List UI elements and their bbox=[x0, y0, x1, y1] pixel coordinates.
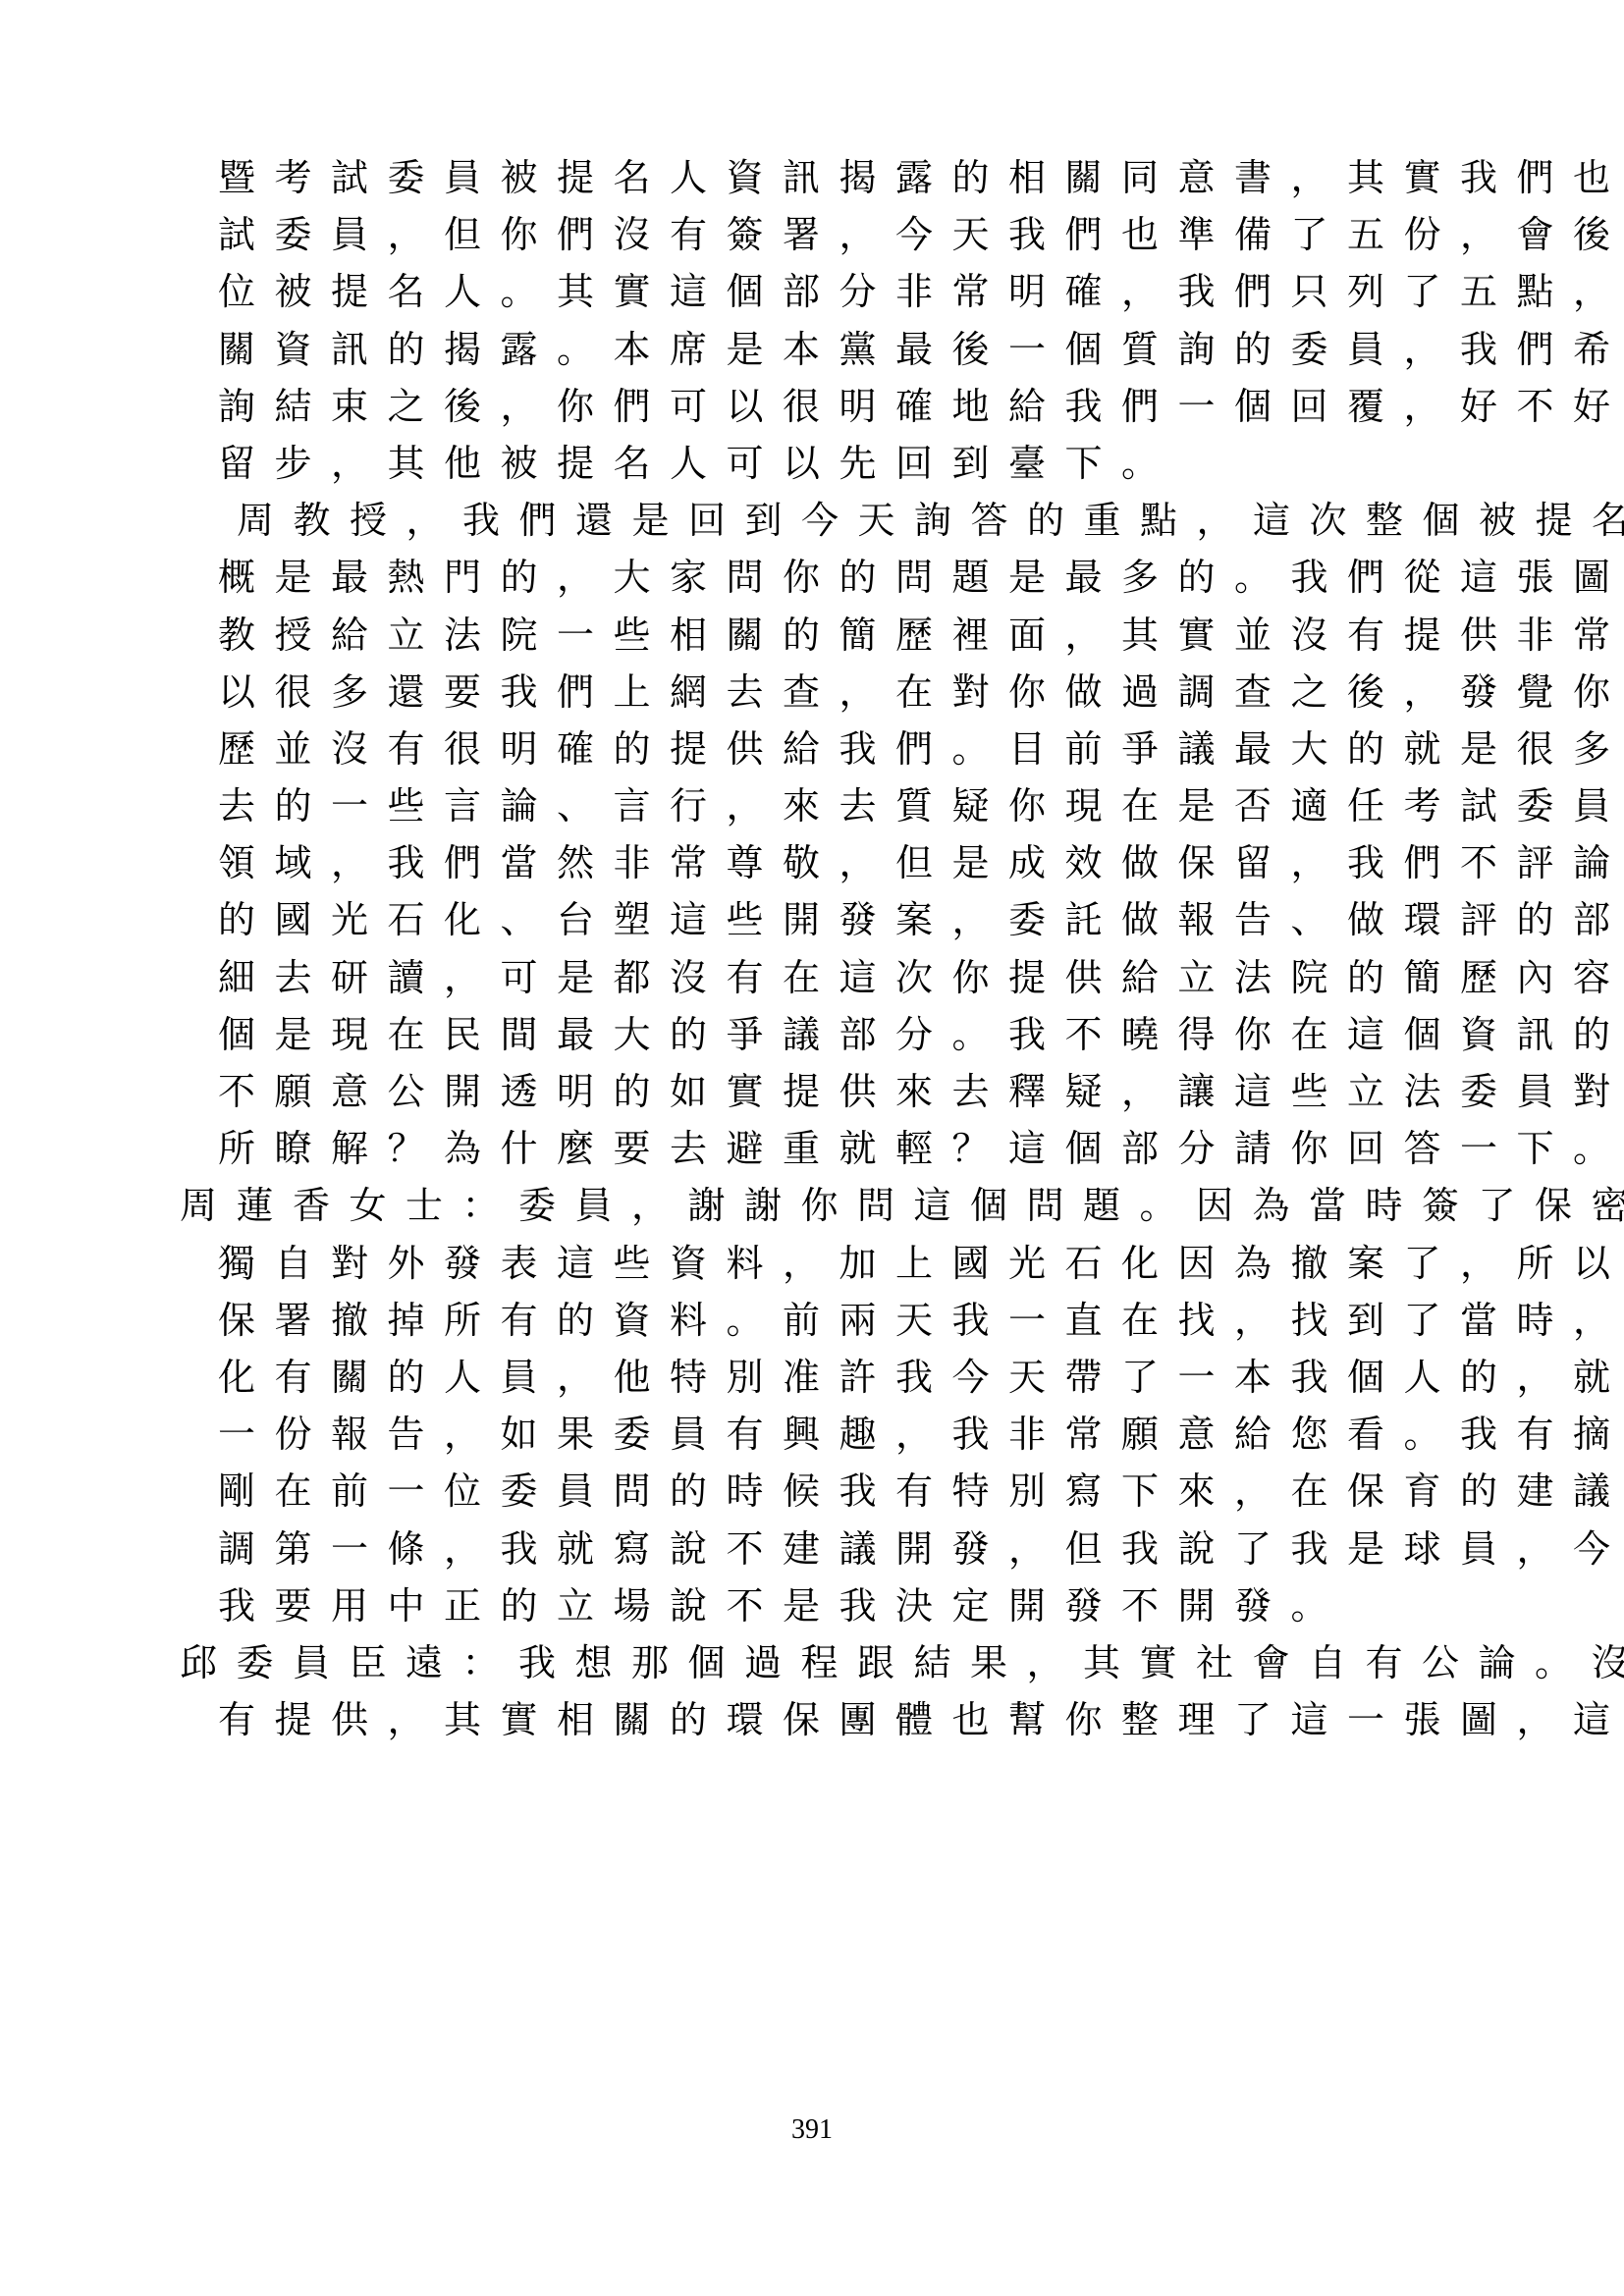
text-line: 以很多還要我們上網去查，在對你做過調查之後，發覺你有很多相關的簡 bbox=[180, 664, 1456, 721]
text-line: 剛在前一位委員問的時候我有特別寫下來，在保育的建議裡面，我特別強 bbox=[180, 1463, 1456, 1520]
text-line: 我要用中正的立場說不是我決定開發不開發。 bbox=[180, 1577, 1456, 1634]
text-line: 歷並沒有很明確的提供給我們。目前爭議最大的就是很多環保團體對您過 bbox=[180, 721, 1456, 777]
text-line: 試委員，但你們沒有簽署，今天我們也準備了五份，會後我會再提供給各 bbox=[180, 206, 1456, 263]
text-line: 去的一些言論、言行，來去質疑你現在是否適任考試委員。對於你專業的 bbox=[180, 777, 1456, 834]
text-line: 留步，其他被提名人可以先回到臺下。 bbox=[180, 435, 1456, 492]
text-line: 詢結束之後，你們可以很明確地給我們一個回覆，好不好？現在請周委員 bbox=[180, 378, 1456, 435]
document-page: 暨考試委員被提名人資訊揭露的相關同意書，其實我們也都有寄給各位考 試委員，但你們… bbox=[0, 0, 1624, 2296]
speaker-line: 周蓮香女士：委員，謝謝你問這個問題。因為當時簽了保密協定，我不可以 bbox=[180, 1177, 1456, 1234]
text-line: 位被提名人。其實這個部分非常明確，我們只列了五點，包括被提名人相 bbox=[180, 263, 1456, 320]
text-line: 細去研讀，可是都沒有在這次你提供給立法院的簡歷內容中看到，因為這 bbox=[180, 949, 1456, 1006]
text-line: 有提供，其實相關的環保團體也幫你整理了這一張圖，這張圖是環團幫你 bbox=[180, 1691, 1456, 1748]
text-line: 化有關的人員，他特別准許我今天帶了一本我個人的，就是只有我交的那 bbox=[180, 1349, 1456, 1406]
text-line: 調第一條，我就寫說不建議開發，但我說了我是球員，今天我受僱於他， bbox=[180, 1521, 1456, 1577]
text-line: 的國光石化、台塑這些開發案，委託做報告、做環評的部分，我們想要仔 bbox=[180, 891, 1456, 948]
text-line: 所瞭解？為什麼要去避重就輕？這個部分請你回答一下。 bbox=[180, 1120, 1456, 1177]
text-line: 關資訊的揭露。本席是本黨最後一個質詢的委員，我們希望在今天整個備 bbox=[180, 321, 1456, 378]
text-line: 一份報告，如果委員有興趣，我非常願意給您看。我有摘錄一些摘要，剛 bbox=[180, 1406, 1456, 1463]
text-line: 個是現在民間最大的爭議部分。我不曉得你在這個資訊的揭露上，為什麼 bbox=[180, 1006, 1456, 1063]
transcript-body: 暨考試委員被提名人資訊揭露的相關同意書，其實我們也都有寄給各位考 試委員，但你們… bbox=[180, 149, 1456, 1748]
text-line: 教授給立法院一些相關的簡歷裡面，其實並沒有提供非常完整的資訊，所 bbox=[180, 607, 1456, 664]
text-line: 不願意公開透明的如實提供來去釋疑，讓這些立法委員對你的這些背景有 bbox=[180, 1063, 1456, 1120]
text-line: 保署撤掉所有的資料。前兩天我一直在找，找到了當時，就是現在國光石 bbox=[180, 1292, 1456, 1349]
text-line: 暨考試委員被提名人資訊揭露的相關同意書，其實我們也都有寄給各位考 bbox=[180, 149, 1456, 206]
text-line: 獨自對外發表這些資料，加上國光石化因為撤案了，所以國光石化要求環 bbox=[180, 1235, 1456, 1292]
speaker-line: 邱委員臣遠：我想那個過程跟結果，其實社會自有公論。沒關係，你這邊沒 bbox=[180, 1634, 1456, 1691]
paragraph-start-line: 周教授，我們還是回到今天詢答的重點，這次整個被提名人裡面，您大 bbox=[180, 492, 1456, 549]
page-number: 391 bbox=[0, 2114, 1624, 2146]
text-line: 領域，我們當然非常尊敬，但是成效做保留，我們不評論。關於備受爭議 bbox=[180, 834, 1456, 891]
text-line: 概是最熱門的，大家問你的問題是最多的。我們從這張圖可以看到，在周 bbox=[180, 549, 1456, 606]
